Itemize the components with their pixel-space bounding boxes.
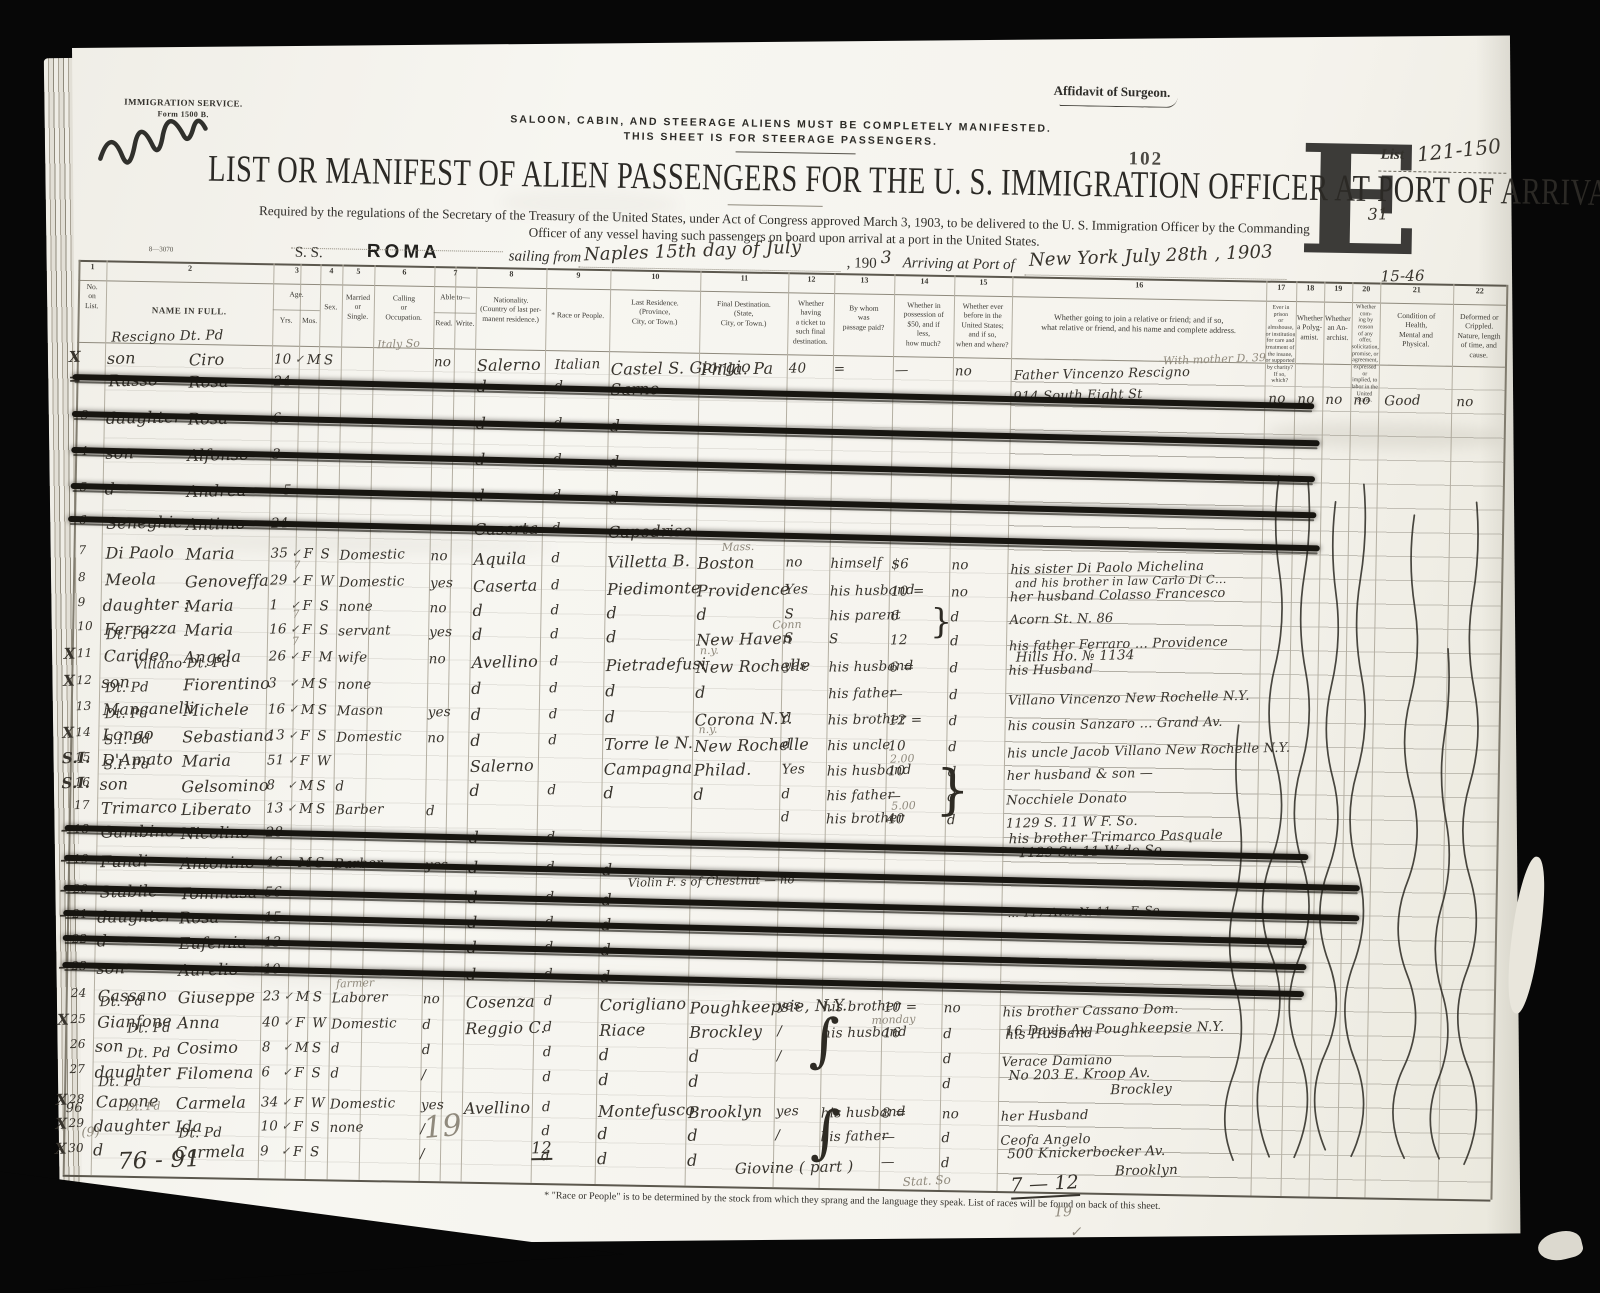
sheet-content: IMMIGRATION SERVICE. Form 1500 B. Affida…	[62, 60, 1510, 1265]
torn-paper-sliver-small	[1535, 1227, 1584, 1265]
scanned-manifest-page: IMMIGRATION SERVICE. Form 1500 B. Affida…	[0, 0, 1600, 1293]
column-line-right	[1490, 285, 1508, 1200]
ditto-stroke-marks	[62, 60, 1510, 1265]
paper-sheet: IMMIGRATION SERVICE. Form 1500 B. Affida…	[72, 35, 1520, 1246]
